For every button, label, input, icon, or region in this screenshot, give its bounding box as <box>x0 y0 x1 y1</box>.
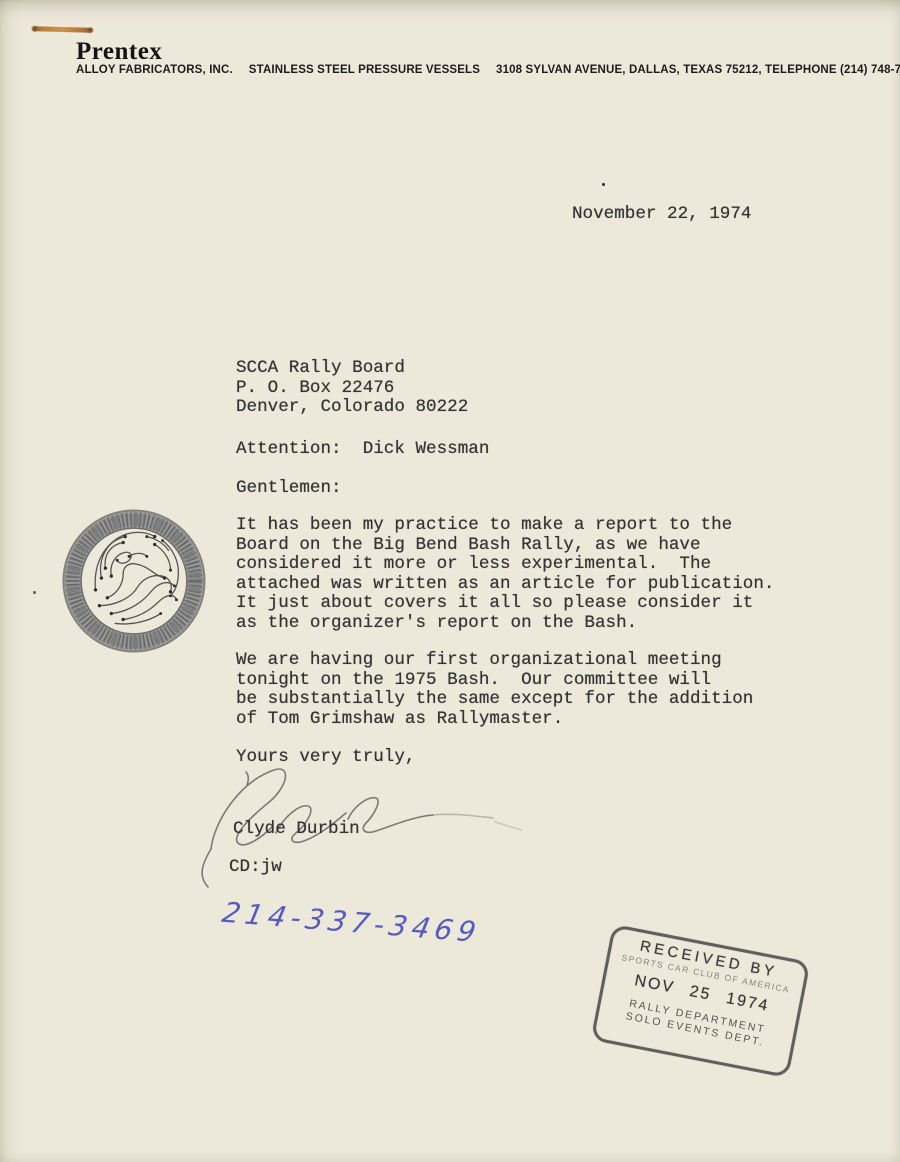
salutation: Gentlemen: <box>236 479 342 499</box>
signer-typed-name: Clyde Durbin <box>233 820 360 840</box>
staple-rust-mark <box>33 26 92 33</box>
ink-speck <box>602 183 605 186</box>
letter-date: November 22, 1974 <box>572 205 752 225</box>
letterhead-tagline: STAINLESS STEEL PRESSURE VESSELS <box>249 64 480 76</box>
attention-line: Attention: Dick Wessman <box>236 440 489 460</box>
scanned-letter-page: Prentex ALLOY FABRICATORS, INC. STAINLES… <box>0 0 900 1162</box>
typist-initials: CD:jw <box>229 858 282 878</box>
letterhead-address-phone: 3108 SYLVAN AVENUE, DALLAS, TEXAS 75212,… <box>496 64 900 76</box>
recipient-address: SCCA Rally Board P. O. Box 22476 Denver,… <box>236 359 468 418</box>
circular-logo-stamp <box>60 507 208 655</box>
letterhead-company-name: Prentex <box>76 38 162 66</box>
body-paragraph-1: It has been my practice to make a report… <box>236 516 774 634</box>
body-paragraph-2: We are having our first organizational m… <box>236 651 753 729</box>
letterhead-company-type: ALLOY FABRICATORS, INC. <box>76 64 233 76</box>
handwritten-phone-number: 214-337-3469 <box>219 896 483 949</box>
received-stamp: RECEIVED BY SPORTS CAR CLUB OF AMERICA N… <box>591 924 811 1078</box>
ink-speck <box>33 591 36 594</box>
letterhead-info-line: ALLOY FABRICATORS, INC. STAINLESS STEEL … <box>76 64 900 76</box>
